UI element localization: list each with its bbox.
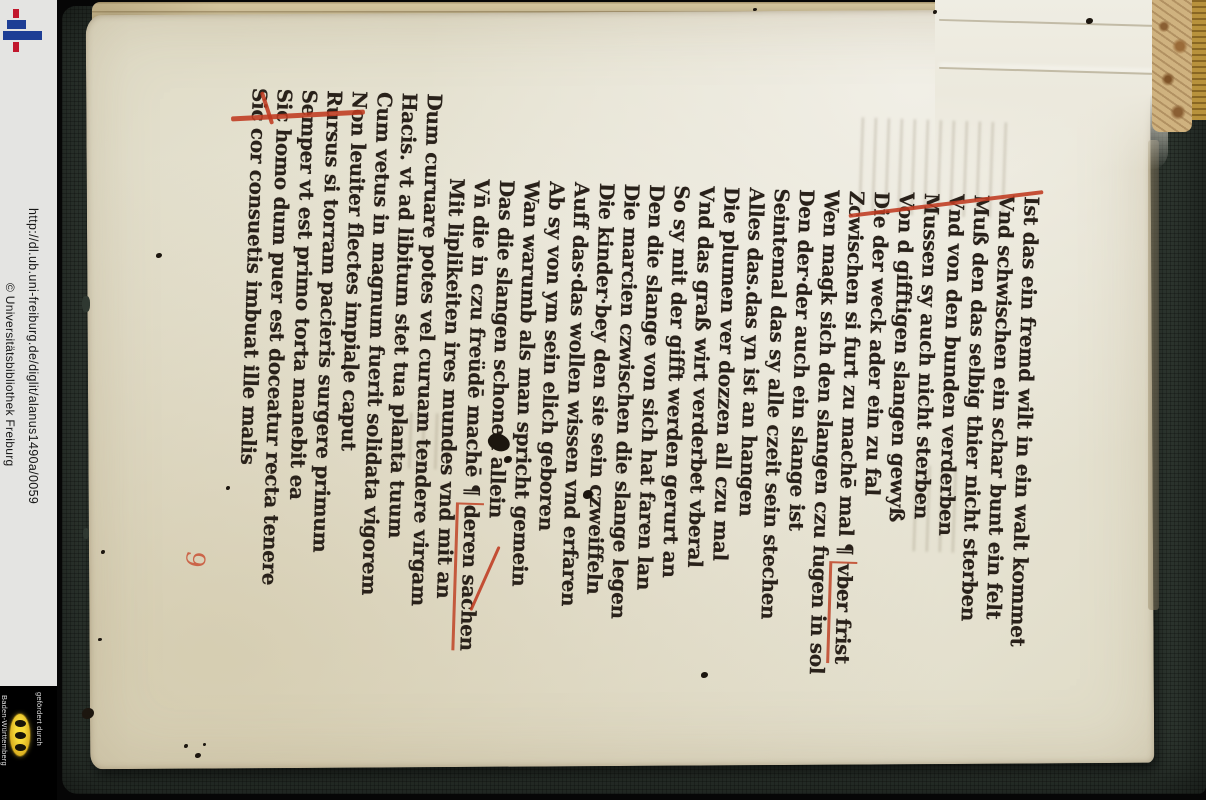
lion-icon (15, 744, 26, 751)
copyright-text: © Universitätsbibliothek Freiburg (3, 283, 17, 466)
baden-wuerttemberg-emblem (9, 713, 31, 757)
logo-red-square-top (13, 9, 19, 18)
deckle-edge-notch (82, 296, 90, 312)
viewer-sidebar: http://dl.ub.uni-freiburg.de/diglit/alan… (0, 0, 57, 800)
lion-icon (15, 732, 26, 739)
funding-footer: gefördert durch Baden-Württemberg (0, 686, 57, 800)
lion-icon (15, 720, 26, 727)
funding-label: gefördert durch (35, 692, 44, 746)
deckle-edge-notch (83, 528, 89, 539)
page-crease (939, 19, 1160, 27)
text-block: Ist das ein fremd wilt in ein walt komme… (229, 86, 1046, 671)
funding-region-text: Baden-Württemberg (0, 695, 9, 766)
logo-red-square-bottom (13, 42, 19, 52)
spine-marbled-paper (1152, 0, 1192, 132)
spine-endband (1192, 0, 1206, 120)
screenshot-root: { "sidebar": { "url": "http://dl.ub.uni-… (0, 0, 1206, 800)
document-url-text: http://dl.ub.uni-freiburg.de/diglit/alan… (26, 208, 40, 504)
page-fore-edge (1148, 140, 1159, 610)
page-crease (939, 67, 1160, 75)
logo-blue-bar-short (7, 20, 26, 29)
logo-blue-bar-long (3, 31, 42, 40)
